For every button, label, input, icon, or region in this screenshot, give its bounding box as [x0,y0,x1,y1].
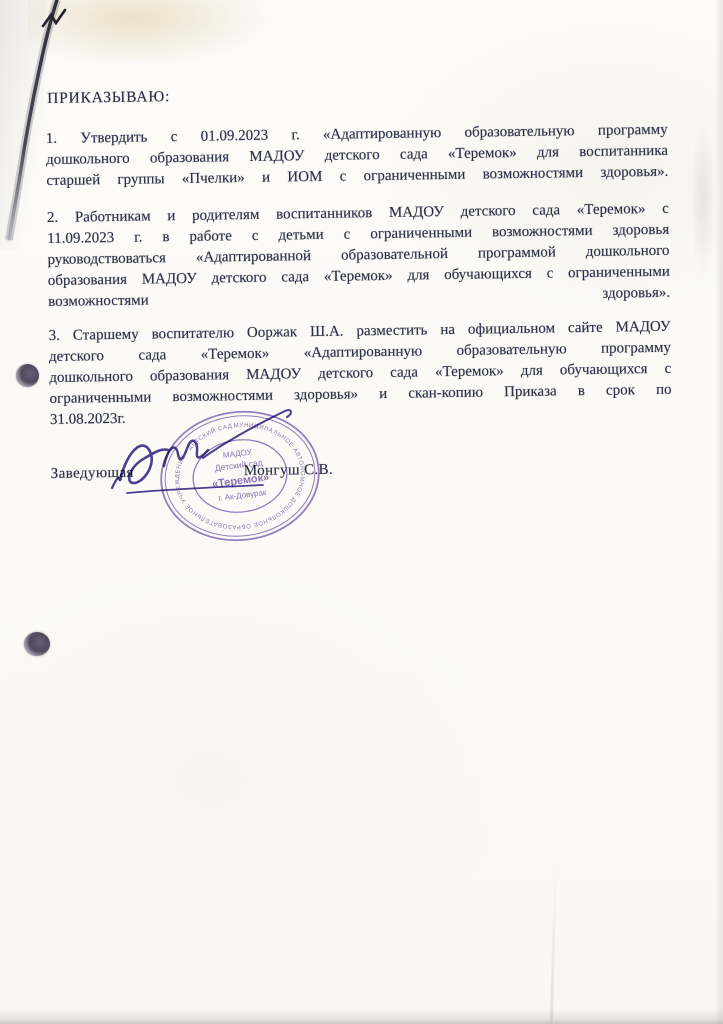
corner-shading [0,0,46,250]
paragraph-1: 1. Утвердить с 01.09.2023 г. «Адаптирова… [46,120,669,192]
paper-stain [28,0,278,68]
right-scan-edge [715,0,723,1024]
scanned-page: ПРИКАЗЫВАЮ: 1. Утвердить с 01.09.2023 г.… [0,0,723,1024]
signature-row: Заведующая Монгуш С.В. [51,455,673,486]
hole-punch-top [16,364,39,387]
paper-crease [550,860,557,1024]
document-text: ПРИКАЗЫВАЮ: 1. Утвердить с 01.09.2023 г.… [45,79,673,486]
signature-role: Заведующая [51,463,134,485]
text-fragment-right: здоровья». [602,283,670,305]
signature-underline [127,485,263,493]
side-smudge [690,120,716,280]
stamp-center-line-4: г. Ак-Довурак [218,488,267,503]
order-heading: ПРИКАЗЫВАЮ: [47,79,667,109]
bottom-scan-edge [0,1008,723,1024]
paragraph-2: 2. Работникам и родителям воспитанников … [47,199,670,313]
hole-punch-bottom [24,632,50,656]
signature-name: Монгуш С.В. [244,460,334,482]
text-fragment-left: возможностями [48,290,149,312]
staple-mark [43,10,65,26]
paragraph-3: 3. Старшему воспитателю Ооржак Ш.А. разм… [49,317,672,431]
